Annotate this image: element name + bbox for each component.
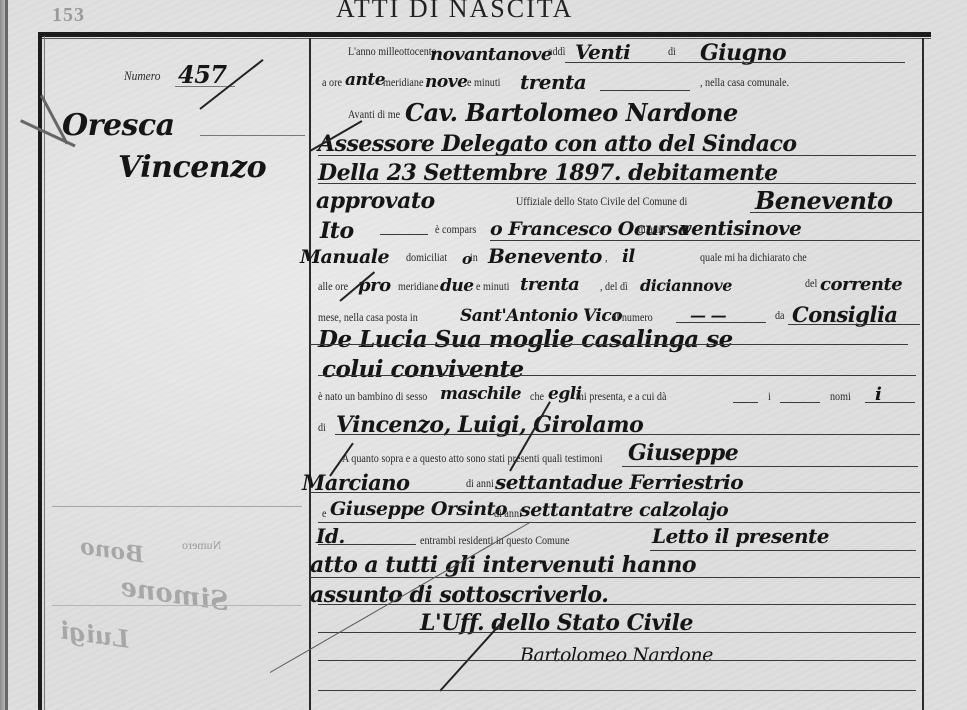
form-text: al numero xyxy=(612,312,653,324)
frame-right-rule xyxy=(922,38,924,710)
form-text: addì xyxy=(548,46,565,58)
form-text: , nella casa comunale. xyxy=(700,77,789,89)
form-text: , xyxy=(605,252,608,264)
column-divider xyxy=(309,38,311,710)
form-text: del xyxy=(805,278,817,290)
handwritten-entry: Giuseppe Orsinto xyxy=(330,498,507,520)
handwritten-entry: maschile xyxy=(440,384,521,404)
margin-number-value: 457 xyxy=(178,60,227,89)
entry-line xyxy=(318,690,916,691)
margin-surname: Oresca xyxy=(62,108,175,143)
entry-line xyxy=(565,62,905,63)
handwritten-entry: il xyxy=(622,246,635,267)
page-title: ATTI DI NASCITA xyxy=(336,0,573,24)
form-text: di anni xyxy=(466,478,494,490)
page-number: 153 xyxy=(52,4,85,27)
handwritten-entry: Ito xyxy=(320,218,354,244)
entry-line xyxy=(318,544,416,545)
frame-left-rule xyxy=(38,32,42,710)
entry-line xyxy=(318,632,916,633)
form-text: Uffiziale dello Stato Civile del Comune … xyxy=(516,196,687,208)
entry-line xyxy=(780,402,820,403)
entry-line xyxy=(310,492,920,493)
handwritten-entry: pro xyxy=(358,275,391,296)
form-text: in xyxy=(470,252,478,264)
form-text: mese, nella casa posta in xyxy=(318,312,418,324)
frame-top-rule xyxy=(38,32,931,37)
ghost-rule-2 xyxy=(52,605,302,606)
form-text: quale mi ha dichiarato che xyxy=(700,252,807,264)
entry-line xyxy=(733,402,758,403)
entry-line xyxy=(318,660,916,661)
form-text: che xyxy=(530,391,544,403)
form-text: a ore xyxy=(322,77,342,89)
form-text: nomi xyxy=(830,391,851,403)
handwritten-entry: Manuale xyxy=(300,246,389,268)
form-text: di anni xyxy=(494,508,522,520)
entry-line xyxy=(335,434,920,435)
handwritten-entry: colui convivente xyxy=(322,356,524,383)
entry-line xyxy=(318,183,916,184)
form-text: di xyxy=(318,422,326,434)
officer-signature: Bartolomeo Nardone xyxy=(520,644,713,666)
frame-top-rule-thin xyxy=(38,38,931,39)
form-text: e minuti xyxy=(476,281,509,293)
handwritten-entry: nove xyxy=(425,72,467,92)
handwritten-entry: approvato xyxy=(316,188,435,214)
form-text: meridiane xyxy=(398,281,438,293)
form-text: e minuti xyxy=(467,77,500,89)
handwritten-entry: due xyxy=(440,276,474,296)
form-text: A quanto sopra e a questo atto sono stat… xyxy=(342,453,603,465)
form-text: meridiane xyxy=(383,77,423,89)
form-text: L'anno milleottocento xyxy=(348,46,437,58)
handwritten-entry: Venti xyxy=(575,40,630,64)
form-text: mi presenta, e a cui dà xyxy=(576,391,666,403)
handwritten-entry: settantadue Ferriestrio xyxy=(495,470,743,494)
scanned-page: 153 ATTI DI NASCITA Numero 457 Oresca Vi… xyxy=(0,0,967,710)
handwritten-entry: Assessore Delegato con atto del Sindaco xyxy=(318,131,797,157)
handwritten-entry: settantatre calzolajo xyxy=(520,499,728,521)
surname-line xyxy=(200,135,305,136)
handwritten-entry: corrente xyxy=(820,274,902,295)
handwritten-entry: Sant'Antonio Vico xyxy=(460,306,622,326)
form-text: da xyxy=(775,310,785,322)
ghost-text-3: Luigi xyxy=(58,615,131,653)
ghost-text-2: Simone xyxy=(118,573,230,618)
entry-line xyxy=(318,155,916,156)
form-text: di xyxy=(668,46,676,58)
margin-number-label: Numero xyxy=(124,68,160,84)
handwritten-entry: atto a tutti gli intervenuti hanno xyxy=(310,552,696,578)
frame-left-rule-thin xyxy=(44,36,45,710)
form-text: e xyxy=(322,508,326,520)
entry-line xyxy=(318,375,916,376)
entry-line xyxy=(750,212,922,213)
handwritten-entry: diciannove xyxy=(640,276,732,295)
handwritten-entry: De Lucia Sua moglie casalinga se xyxy=(318,326,733,353)
entry-line xyxy=(788,324,920,325)
handwritten-entry: trenta xyxy=(520,274,579,295)
handwritten-entry: Letto il presente xyxy=(652,524,829,548)
entry-line xyxy=(310,577,920,578)
entry-line xyxy=(490,240,920,241)
entry-line xyxy=(865,402,915,403)
handwritten-entry: ventisinove xyxy=(680,216,801,240)
entry-line xyxy=(310,344,908,345)
entry-line xyxy=(650,550,916,551)
form-text: di anni xyxy=(638,224,666,236)
ghost-rule xyxy=(52,506,302,507)
handwritten-entry: Benevento xyxy=(488,244,602,268)
ghost-number-label: Numero xyxy=(182,538,221,553)
ghost-text-1: Bono xyxy=(79,534,146,569)
entry-line xyxy=(622,466,918,467)
handwritten-entry: novantanove xyxy=(430,44,552,65)
margin-given-name: Vincenzo xyxy=(118,150,266,185)
entry-line xyxy=(318,604,916,605)
handwritten-entry: Cav. Bartolomeo Nardone xyxy=(405,98,738,127)
page-edge xyxy=(5,0,8,710)
form-text: alle ore xyxy=(318,281,348,293)
handwritten-entry: Benevento xyxy=(755,186,893,215)
form-text: Avanti di me xyxy=(348,109,400,121)
entry-line xyxy=(380,234,428,235)
entry-line xyxy=(676,322,766,323)
form-text: è nato un bambino di sesso xyxy=(318,391,427,403)
entry-line xyxy=(600,90,690,91)
form-text: i xyxy=(768,391,771,403)
form-text: , del dì xyxy=(600,281,628,293)
handwritten-entry: ante xyxy=(345,70,385,90)
handwritten-entry: trenta xyxy=(520,70,586,94)
handwritten-entry: Giuseppe xyxy=(628,440,738,466)
entry-line xyxy=(318,522,916,523)
form-text: domiciliat xyxy=(406,252,447,264)
form-text: è compars xyxy=(435,224,476,236)
